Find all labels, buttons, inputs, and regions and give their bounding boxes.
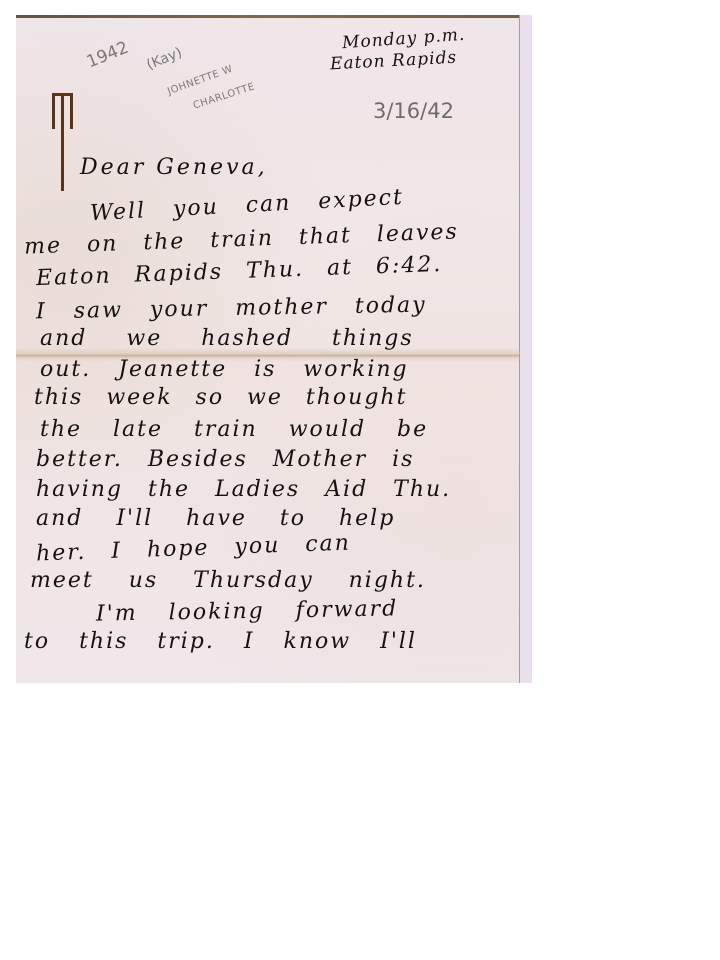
letter-line: the late train would be: [40, 417, 428, 442]
letter-line: this week so we thought: [34, 385, 407, 410]
letter-line: meet us Thursday night.: [30, 568, 426, 593]
letter-page: 1942 (Kay) JOHNETTE W CHARLOTTE 3/16/42 …: [16, 15, 532, 683]
letter-line: and I'll have to help: [36, 506, 395, 531]
letter-line: Well you can expect: [90, 185, 405, 226]
pencil-nickname-note: (Kay): [144, 45, 184, 74]
letter-line: having the Ladies Aid Thu.: [36, 477, 451, 502]
letter-line: her. I hope you can: [36, 531, 352, 567]
letter-line: out. Jeanette is working: [40, 357, 409, 382]
letter-line: I'm looking forward: [96, 596, 399, 626]
letterhead-monogram-icon: [52, 93, 74, 193]
letter-line: I saw your mother today: [36, 293, 427, 325]
letter-line: Eaton Rapids Thu. at 6:42.: [36, 252, 443, 291]
paper-top-edge: [16, 15, 532, 18]
letter-salutation: Dear Geneva,: [80, 155, 268, 180]
letter-line: to this trip. I know I'll: [24, 629, 417, 654]
letter-line: better. Besides Mother is: [36, 447, 414, 472]
paper-right-edge: [519, 15, 532, 683]
pencil-date-note: 3/16/42: [373, 99, 454, 123]
letter-line: and we hashed things: [40, 326, 414, 351]
pencil-year-note: 1942: [84, 38, 132, 73]
